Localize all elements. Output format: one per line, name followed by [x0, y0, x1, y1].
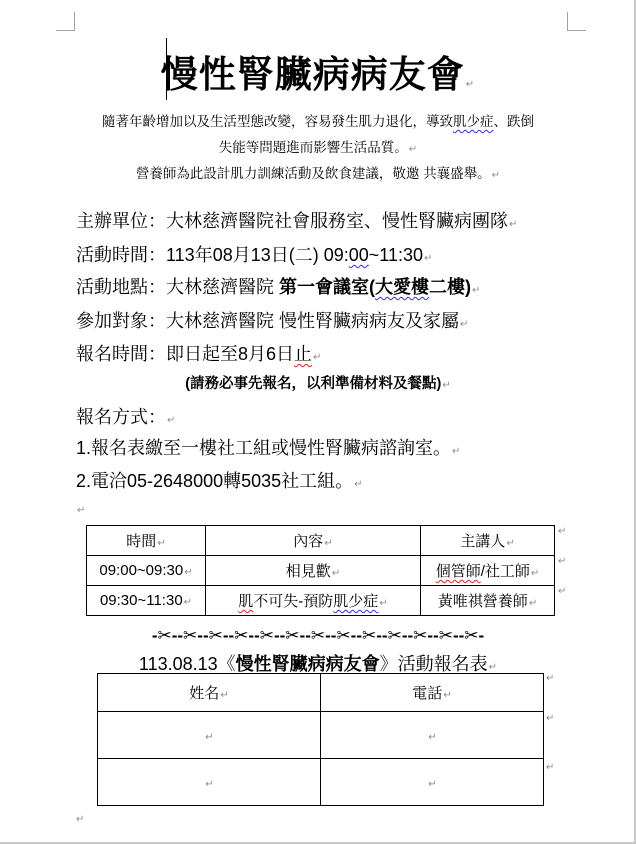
table-header-cell[interactable]: 姓名↵: [98, 674, 321, 712]
paragraph-mark-icon: ↵: [492, 170, 500, 181]
paragraph-mark-icon: ↵: [354, 479, 362, 490]
table-header-cell[interactable]: 時間↵: [87, 526, 206, 556]
registration-method-label[interactable]: 報名方式：↵: [76, 403, 175, 429]
document-title[interactable]: 慢性腎臟病病友會↵: [0, 44, 636, 98]
paragraph-mark-icon: ↵: [332, 568, 340, 579]
table-header-cell[interactable]: 內容↵: [206, 526, 421, 556]
paragraph-mark-icon: ↵: [529, 598, 537, 609]
paragraph-mark-icon: ↵: [509, 219, 517, 230]
info-registration-time[interactable]: 報名時間：即日起至8月6日止↵: [76, 340, 321, 366]
phone-field[interactable]: ↵: [321, 712, 544, 759]
paragraph-mark-icon: ↵: [466, 79, 475, 90]
paragraph-mark-icon: ↵: [442, 380, 450, 391]
paragraph-mark-icon: ↵: [220, 690, 228, 701]
intro-line-3[interactable]: 營養師為此設計肌力訓練活動及飲食建議，敬邀 共襄盛舉。↵: [0, 162, 636, 182]
spellcheck-underline: 止: [294, 344, 312, 364]
cut-line: -✂--✂--✂--✂--✂--✂--✂--✂--✂--✂--✂--✂--✂-: [0, 626, 636, 646]
paragraph-mark-icon: ↵: [428, 732, 436, 743]
info-organizer[interactable]: 主辦單位：大林慈濟醫院社會服務室、慢性腎臟病團隊↵: [76, 207, 517, 233]
table-header-cell[interactable]: 電話↵: [321, 674, 544, 712]
info-location[interactable]: 活動地點：大林慈濟醫院 第一會議室(大愛樓二樓)↵: [76, 273, 480, 299]
paragraph-mark-icon: ↵: [313, 352, 321, 363]
paragraph-mark-icon: ↵: [452, 446, 460, 457]
paragraph-mark-icon: ↵: [424, 253, 432, 264]
crop-mark-top-left: [56, 12, 75, 31]
paragraph-mark-icon: ↵: [428, 779, 436, 790]
info-time[interactable]: 活動時間：113年08月13日(二) 09:00~11:30↵: [76, 241, 432, 267]
paragraph-mark-icon: ↵: [460, 319, 468, 330]
intro-line-1[interactable]: 隨著年齡增加以及生活型態改變，容易發生肌力退化，導致肌少症、跌倒: [0, 110, 636, 130]
table-cell[interactable]: 相見歡↵: [206, 556, 421, 586]
paragraph-mark-icon: ↵: [409, 144, 417, 155]
paragraph-mark-icon: ↵: [443, 690, 451, 701]
name-field[interactable]: ↵: [98, 759, 321, 806]
paragraph-mark-icon: ↵: [472, 285, 480, 296]
info-audience[interactable]: 參加對象：大林慈濟醫院 慢性腎臟病病友及家屬↵: [76, 307, 468, 333]
phone-field[interactable]: ↵: [321, 759, 544, 806]
paragraph-mark-icon: ↵: [184, 597, 192, 608]
paragraph-mark-icon: ↵: [379, 598, 387, 609]
table-cell[interactable]: 黃唯祺營養師↵: [421, 586, 555, 616]
paragraph-mark-icon: ↵: [76, 814, 84, 825]
paragraph-mark-icon: ↵: [184, 567, 192, 578]
registration-method-item[interactable]: 1.報名表繳至一樓社工組或慢性腎臟病諮詢室。↵: [76, 434, 460, 460]
table-row: ↵ ↵: [98, 712, 544, 759]
paragraph-mark-icon: ↵: [157, 538, 165, 549]
row-end-mark-icon: ↵: [558, 556, 566, 567]
name-field[interactable]: ↵: [98, 712, 321, 759]
table-cell[interactable]: 個管師/社工師↵: [421, 556, 555, 586]
table-cell[interactable]: 09:30~11:30↵: [87, 586, 206, 616]
row-end-mark-icon: ↵: [558, 586, 566, 597]
crop-mark-top-right: [567, 12, 586, 31]
row-end-mark-icon: ↵: [546, 713, 554, 724]
table-row: 09:30~11:30↵ 肌不可失-預防肌少症↵ 黃唯祺營養師↵: [87, 586, 555, 616]
intro-line-2[interactable]: 失能等問題進而影響生活品質。↵: [0, 136, 636, 156]
paragraph-mark-icon: ↵: [77, 505, 85, 516]
paragraph-mark-icon: ↵: [205, 779, 213, 790]
spellcheck-underline: 大愛樓: [375, 277, 429, 297]
row-end-mark-icon: ↵: [558, 526, 566, 537]
table-cell[interactable]: 肌不可失-預防肌少症↵: [206, 586, 421, 616]
spellcheck-underline: 肌: [238, 593, 253, 610]
spellcheck-underline: 肌少症: [453, 114, 494, 129]
row-end-mark-icon: ↵: [546, 673, 554, 684]
paragraph-mark-icon: ↵: [531, 568, 539, 579]
paragraph-mark-icon: ↵: [324, 538, 332, 549]
table-header-cell[interactable]: 主講人↵: [421, 526, 555, 556]
registration-note[interactable]: (請務必事先報名，以利準備材料及餐點)↵: [0, 372, 636, 393]
spellcheck-underline: 00: [349, 245, 369, 265]
spellcheck-underline: 肌少症: [333, 593, 378, 610]
row-end-mark-icon: ↵: [546, 762, 554, 773]
paragraph-mark-icon: ↵: [506, 538, 514, 549]
table-row: 09:00~09:30↵ 相見歡↵ 個管師/社工師↵: [87, 556, 555, 586]
spellcheck-underline: 個管師: [436, 563, 481, 580]
registration-method-item[interactable]: 2.電洽05-2648000轉5035社工組。↵: [76, 467, 363, 493]
paragraph-mark-icon: ↵: [167, 415, 175, 426]
paragraph-mark-icon: ↵: [489, 662, 497, 673]
paragraph-mark-icon: ↵: [205, 732, 213, 743]
table-header-row: 時間↵ 內容↵ 主講人↵: [87, 526, 555, 556]
schedule-table: 時間↵ 內容↵ 主講人↵ 09:00~09:30↵ 相見歡↵ 個管師/社工師↵ …: [86, 525, 555, 616]
table-cell[interactable]: 09:00~09:30↵: [87, 556, 206, 586]
table-row: ↵ ↵: [98, 759, 544, 806]
table-header-row: 姓名↵ 電話↵: [98, 674, 544, 712]
registration-form-table: 姓名↵ 電話↵ ↵ ↵ ↵ ↵: [97, 673, 544, 806]
